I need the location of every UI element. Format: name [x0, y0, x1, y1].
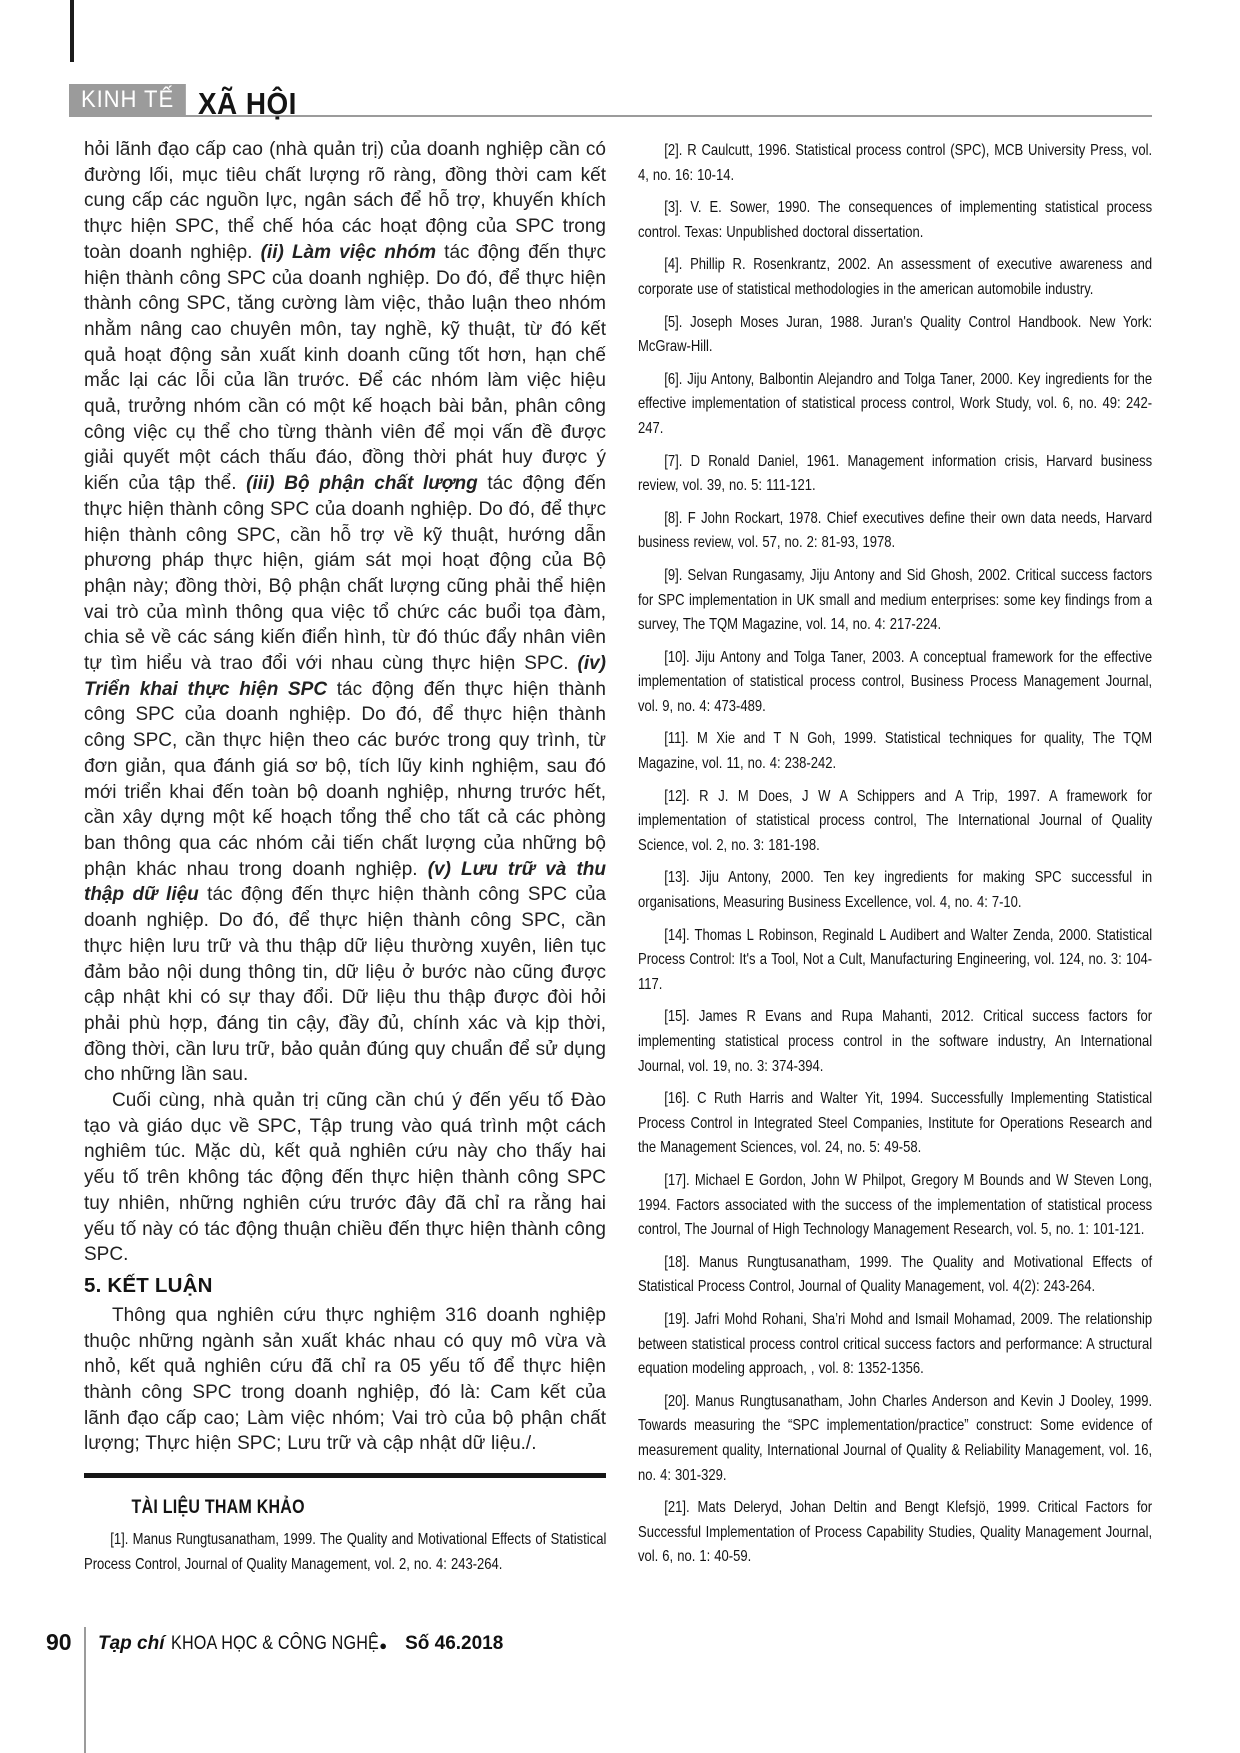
conclusion-heading: 5. KẾT LUẬN — [84, 1274, 606, 1298]
references-list-left: [1]. Manus Rungtusanatham, 1999. The Qua… — [84, 1528, 606, 1577]
footer-journal-line: Tạp chí KHOA HỌC & CÔNG NGHỆ ● Số 46.201… — [98, 1633, 503, 1655]
reference-item: [11]. M Xie and T N Goh, 1999. Statistic… — [638, 727, 1152, 776]
text-run: tác động đến thực hiện thành công SPC củ… — [84, 884, 606, 1085]
journal-page: KINH TẾ XÃ HỘI hỏi lãnh đạo cấp cao (nhà… — [0, 0, 1240, 1753]
reference-item: [14]. Thomas L Robinson, Reginald L Audi… — [638, 924, 1152, 998]
reference-item: [10]. Jiju Antony and Tolga Taner, 2003.… — [638, 646, 1152, 720]
reference-item: [12]. R J. M Does, J W A Schippers and A… — [638, 785, 1152, 859]
reference-item: [4]. Phillip R. Rosenkrantz, 2002. An as… — [638, 253, 1152, 302]
references-divider-rule — [84, 1473, 606, 1478]
references-block-left: TÀI LIỆU THAM KHẢO [1]. Manus Rungtusana… — [84, 1496, 606, 1577]
reference-item: [20]. Manus Rungtusanatham, John Charles… — [638, 1390, 1152, 1488]
footer-bullet-icon: ● — [379, 1638, 387, 1653]
page-header: KINH TẾ XÃ HỘI — [69, 84, 1152, 117]
reference-item: [13]. Jiju Antony, 2000. Ten key ingredi… — [638, 866, 1152, 915]
reference-item: [9]. Selvan Rungasamy, Jiju Antony and S… — [638, 564, 1152, 638]
text-run: tác động đến thực hiện thành công SPC củ… — [84, 473, 606, 674]
reference-item: [19]. Jafri Mohd Rohani, Sha’ri Mohd and… — [638, 1308, 1152, 1382]
reference-item: [5]. Joseph Moses Juran, 1988. Juran's Q… — [638, 311, 1152, 360]
references-list-right: [2]. R Caulcutt, 1996. Statistical proce… — [638, 139, 1152, 1570]
reference-item: [21]. Mats Deleryd, Johan Deltin and Ben… — [638, 1496, 1152, 1570]
reference-item: [8]. F John Rockart, 1978. Chief executi… — [638, 507, 1152, 556]
emphasis-run: (ii) Làm việc nhóm — [261, 242, 436, 263]
reference-item: [17]. Michael E Gordon, John W Philpot, … — [638, 1169, 1152, 1243]
body-paragraph-closing: Cuối cùng, nhà quản trị cũng cần chú ý đ… — [84, 1088, 606, 1268]
header-section-title: XÃ HỘI — [198, 90, 297, 118]
footer-journal-name: KHOA HỌC & CÔNG NGHỆ — [171, 1633, 379, 1655]
footer-issue-label: Số 46.2018 — [405, 1633, 503, 1655]
footer-journal-prefix: Tạp chí — [98, 1633, 165, 1655]
references-heading: TÀI LIỆU THAM KHẢO — [132, 1496, 607, 1519]
right-column: [2]. R Caulcutt, 1996. Statistical proce… — [638, 139, 1152, 1578]
emphasis-run: (iii) Bộ phận chất lượng — [246, 473, 478, 494]
reference-item: [3]. V. E. Sower, 1990. The consequences… — [638, 196, 1152, 245]
page-number: 90 — [46, 1629, 72, 1656]
text-run: tác động đến thực hiện thành công SPC củ… — [84, 242, 606, 494]
reference-item: [18]. Manus Rungtusanatham, 1999. The Qu… — [638, 1251, 1152, 1300]
left-column: hỏi lãnh đạo cấp cao (nhà quản trị) của … — [84, 137, 606, 1585]
references-block-right: [2]. R Caulcutt, 1996. Statistical proce… — [638, 139, 1152, 1570]
reference-item: [2]. R Caulcutt, 1996. Statistical proce… — [638, 139, 1152, 188]
footer-divider-line — [84, 1627, 86, 1753]
reference-item: [6]. Jiju Antony, Balbontin Alejandro an… — [638, 368, 1152, 442]
reference-item: [7]. D Ronald Daniel, 1961. Management i… — [638, 450, 1152, 499]
text-run: tác động đến thực hiện thành công SPC củ… — [84, 679, 606, 880]
body-paragraph-main: hỏi lãnh đạo cấp cao (nhà quản trị) của … — [84, 137, 606, 1088]
header-section-badge: KINH TẾ — [69, 84, 186, 115]
reference-item: [15]. James R Evans and Rupa Mahanti, 20… — [638, 1005, 1152, 1079]
conclusion-paragraph: Thông qua nghiên cứu thực nghiệm 316 doa… — [84, 1303, 606, 1457]
reference-item: [16]. C Ruth Harris and Walter Yit, 1994… — [638, 1087, 1152, 1161]
reference-item: [1]. Manus Rungtusanatham, 1999. The Qua… — [84, 1528, 606, 1577]
top-left-corner-mark — [70, 0, 74, 62]
